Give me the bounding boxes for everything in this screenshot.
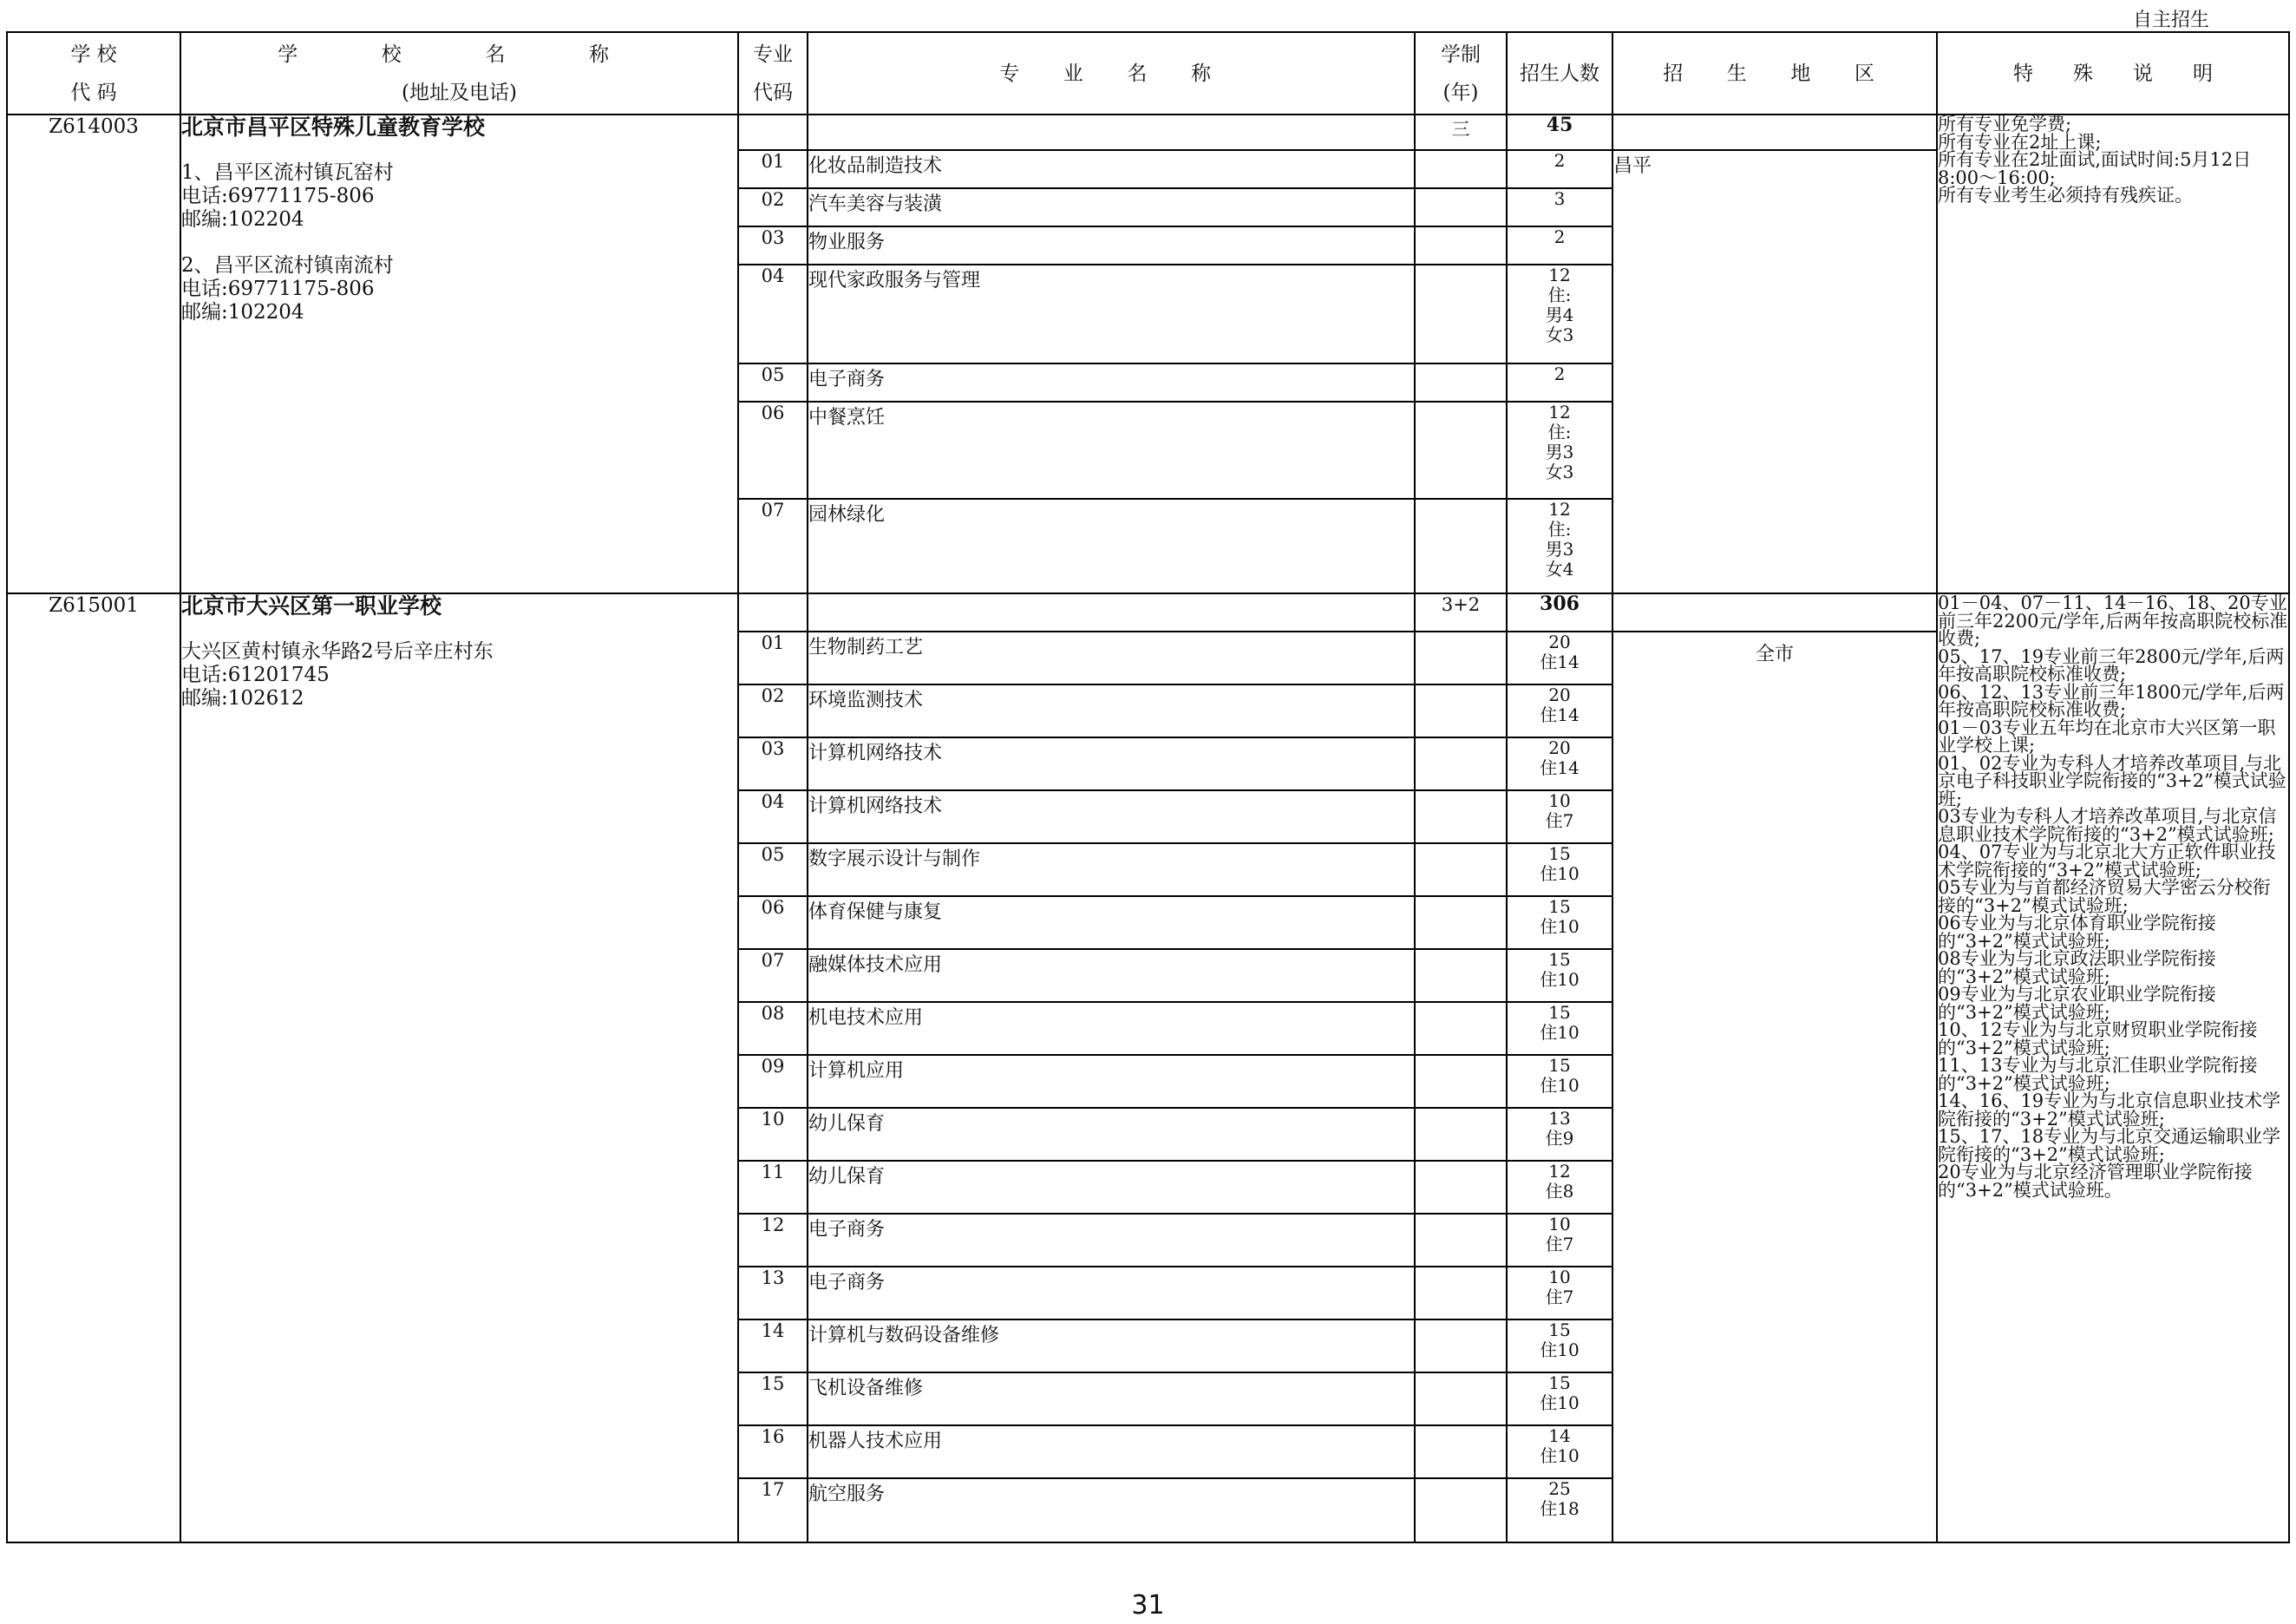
major-enrollment: 14 住10 xyxy=(1507,1425,1612,1478)
header-school-code: 学 校 代 码 xyxy=(7,32,180,115)
school-address: 2、昌平区流村镇南流村 电话:69771175-806 邮编:102204 xyxy=(181,254,737,324)
major-duration xyxy=(1415,402,1507,499)
school-notes: 01－04、07－11、14－16、18、20专业前三年2200元/学年,后两年… xyxy=(1937,593,2289,1542)
major-enrollment: 20 住14 xyxy=(1507,632,1612,684)
major-enrollment: 12 住: 男3 女3 xyxy=(1507,402,1612,499)
header-major-code: 专业 代码 xyxy=(738,32,808,115)
major-code: 05 xyxy=(738,843,808,896)
school-summary-row: Z614003北京市昌平区特殊儿童教育学校1、昌平区流村镇瓦窑村 电话:6977… xyxy=(7,115,2289,150)
major-enrollment: 15 住10 xyxy=(1507,896,1612,949)
major-enrollment: 25 住18 xyxy=(1507,1478,1612,1542)
major-enrollment: 15 住10 xyxy=(1507,1372,1612,1425)
major-code: 11 xyxy=(738,1161,808,1214)
header-duration-line1: 学制 xyxy=(1416,36,1506,74)
major-enrollment: 12 住: 男3 女4 xyxy=(1507,499,1612,593)
enrollment-table: 学 校 代 码 学 校 名 称 (地址及电话) 专业 代码 专 业 名 称 学制… xyxy=(6,31,2290,1543)
major-duration xyxy=(1415,949,1507,1002)
table-body: Z614003北京市昌平区特殊儿童教育学校1、昌平区流村镇瓦窑村 电话:6977… xyxy=(7,115,2289,1542)
major-enrollment: 13 住9 xyxy=(1507,1108,1612,1161)
major-code: 03 xyxy=(738,226,808,265)
major-name: 物业服务 xyxy=(808,226,1415,265)
header-duration-line2: (年) xyxy=(1416,74,1506,112)
school-info: 北京市大兴区第一职业学校大兴区黄村镇永华路2号后辛庄村东 电话:61201745… xyxy=(180,593,738,1542)
major-name: 航空服务 xyxy=(808,1478,1415,1542)
major-code: 16 xyxy=(738,1425,808,1478)
major-code: 12 xyxy=(738,1214,808,1267)
major-code: 15 xyxy=(738,1372,808,1425)
major-enrollment: 20 住14 xyxy=(1507,684,1612,737)
major-code: 14 xyxy=(738,1319,808,1372)
major-enrollment: 2 xyxy=(1507,150,1612,188)
major-name: 电子商务 xyxy=(808,1214,1415,1267)
major-duration xyxy=(1415,226,1507,265)
major-duration xyxy=(1415,363,1507,402)
major-code-empty xyxy=(738,593,808,632)
header-major-name: 专 业 名 称 xyxy=(808,32,1415,115)
major-duration xyxy=(1415,1319,1507,1372)
major-code: 07 xyxy=(738,499,808,593)
header-major-code-line1: 专业 xyxy=(739,36,807,74)
major-enrollment: 2 xyxy=(1507,226,1612,265)
school-name: 北京市大兴区第一职业学校 xyxy=(181,594,737,618)
table-header-row: 学 校 代 码 学 校 名 称 (地址及电话) 专业 代码 专 业 名 称 学制… xyxy=(7,32,2289,115)
major-name: 融媒体技术应用 xyxy=(808,949,1415,1002)
major-code: 04 xyxy=(738,265,808,363)
major-duration xyxy=(1415,790,1507,843)
school-name: 北京市昌平区特殊儿童教育学校 xyxy=(181,115,737,139)
major-name: 计算机应用 xyxy=(808,1055,1415,1108)
major-name: 体育保健与康复 xyxy=(808,896,1415,949)
school-code: Z615001 xyxy=(7,593,180,1542)
region-empty xyxy=(1612,593,1937,632)
enrollment-region: 昌平 xyxy=(1612,150,1937,593)
school-address: 大兴区黄村镇永华路2号后辛庄村东 电话:61201745 邮编:102612 xyxy=(181,640,737,710)
major-name: 机器人技术应用 xyxy=(808,1425,1415,1478)
major-code: 09 xyxy=(738,1055,808,1108)
major-code: 13 xyxy=(738,1267,808,1319)
major-name: 幼儿保育 xyxy=(808,1108,1415,1161)
major-code: 01 xyxy=(738,632,808,684)
major-name-empty xyxy=(808,593,1415,632)
major-enrollment: 10 住7 xyxy=(1507,1214,1612,1267)
major-code: 03 xyxy=(738,737,808,790)
header-enrollment: 招生人数 xyxy=(1507,32,1612,115)
major-code: 06 xyxy=(738,896,808,949)
major-duration xyxy=(1415,1108,1507,1161)
major-enrollment: 15 住10 xyxy=(1507,949,1612,1002)
major-name: 幼儿保育 xyxy=(808,1161,1415,1214)
major-enrollment: 3 xyxy=(1507,188,1612,226)
major-duration xyxy=(1415,1372,1507,1425)
major-code: 02 xyxy=(738,188,808,226)
major-enrollment: 20 住14 xyxy=(1507,737,1612,790)
header-school-name-line1: 学 校 名 称 xyxy=(181,36,737,74)
major-name-empty xyxy=(808,115,1415,150)
major-code: 01 xyxy=(738,150,808,188)
school-duration: 3+2 xyxy=(1415,593,1507,632)
major-name: 化妆品制造技术 xyxy=(808,150,1415,188)
major-name: 园林绿化 xyxy=(808,499,1415,593)
major-name: 计算机与数码设备维修 xyxy=(808,1319,1415,1372)
header-region: 招 生 地 区 xyxy=(1612,32,1937,115)
major-duration xyxy=(1415,1161,1507,1214)
major-enrollment: 15 住10 xyxy=(1507,843,1612,896)
major-code: 04 xyxy=(738,790,808,843)
major-enrollment: 15 住10 xyxy=(1507,1055,1612,1108)
major-name: 生物制药工艺 xyxy=(808,632,1415,684)
major-enrollment: 10 住7 xyxy=(1507,790,1612,843)
major-duration xyxy=(1415,1214,1507,1267)
major-enrollment: 15 住10 xyxy=(1507,1002,1612,1055)
enrollment-region: 全市 xyxy=(1612,632,1937,1542)
major-duration xyxy=(1415,265,1507,363)
major-duration xyxy=(1415,499,1507,593)
page-category-label: 自主招生 xyxy=(2133,5,2209,32)
page-number: 31 xyxy=(0,1590,2296,1621)
region-empty xyxy=(1612,115,1937,150)
major-name: 电子商务 xyxy=(808,363,1415,402)
major-enrollment: 2 xyxy=(1507,363,1612,402)
major-code: 02 xyxy=(738,684,808,737)
school-total-enrollment: 45 xyxy=(1507,115,1612,150)
major-code: 08 xyxy=(738,1002,808,1055)
header-school-name-line2: (地址及电话) xyxy=(181,74,737,112)
major-name: 中餐烹饪 xyxy=(808,402,1415,499)
major-code: 10 xyxy=(738,1108,808,1161)
major-enrollment: 15 住10 xyxy=(1507,1319,1612,1372)
major-name: 数字展示设计与制作 xyxy=(808,843,1415,896)
major-code: 07 xyxy=(738,949,808,1002)
major-duration xyxy=(1415,1055,1507,1108)
major-name: 汽车美容与装潢 xyxy=(808,188,1415,226)
header-notes: 特 殊 说 明 xyxy=(1937,32,2289,115)
major-name: 飞机设备维修 xyxy=(808,1372,1415,1425)
major-code: 17 xyxy=(738,1478,808,1542)
major-duration xyxy=(1415,843,1507,896)
header-school-code-line2: 代 码 xyxy=(8,74,180,112)
major-enrollment: 12 住: 男4 女3 xyxy=(1507,265,1612,363)
major-code-empty xyxy=(738,115,808,150)
school-summary-row: Z615001北京市大兴区第一职业学校大兴区黄村镇永华路2号后辛庄村东 电话:6… xyxy=(7,593,2289,632)
major-name: 现代家政服务与管理 xyxy=(808,265,1415,363)
major-name: 计算机网络技术 xyxy=(808,790,1415,843)
header-major-code-line2: 代码 xyxy=(739,74,807,112)
school-info: 北京市昌平区特殊儿童教育学校1、昌平区流村镇瓦窑村 电话:69771175-80… xyxy=(180,115,738,593)
header-duration: 学制 (年) xyxy=(1415,32,1507,115)
major-name: 电子商务 xyxy=(808,1267,1415,1319)
major-duration xyxy=(1415,737,1507,790)
school-address: 1、昌平区流村镇瓦窑村 电话:69771175-806 邮编:102204 xyxy=(181,161,737,232)
major-enrollment: 10 住7 xyxy=(1507,1267,1612,1319)
major-duration xyxy=(1415,1478,1507,1542)
major-code: 06 xyxy=(738,402,808,499)
major-duration xyxy=(1415,1425,1507,1478)
school-notes: 所有专业免学费; 所有专业在2址上课; 所有专业在2址面试,面试时间:5月12日… xyxy=(1937,115,2289,593)
header-school-name: 学 校 名 称 (地址及电话) xyxy=(180,32,738,115)
major-duration xyxy=(1415,1267,1507,1319)
major-duration xyxy=(1415,150,1507,188)
major-code: 05 xyxy=(738,363,808,402)
major-name: 环境监测技术 xyxy=(808,684,1415,737)
major-duration xyxy=(1415,684,1507,737)
major-duration xyxy=(1415,896,1507,949)
major-duration xyxy=(1415,188,1507,226)
school-code: Z614003 xyxy=(7,115,180,593)
major-duration xyxy=(1415,632,1507,684)
major-name: 计算机网络技术 xyxy=(808,737,1415,790)
major-duration xyxy=(1415,1002,1507,1055)
major-name: 机电技术应用 xyxy=(808,1002,1415,1055)
school-duration: 三 xyxy=(1415,115,1507,150)
header-school-code-line1: 学 校 xyxy=(8,36,180,74)
major-enrollment: 12 住8 xyxy=(1507,1161,1612,1214)
school-total-enrollment: 306 xyxy=(1507,593,1612,632)
